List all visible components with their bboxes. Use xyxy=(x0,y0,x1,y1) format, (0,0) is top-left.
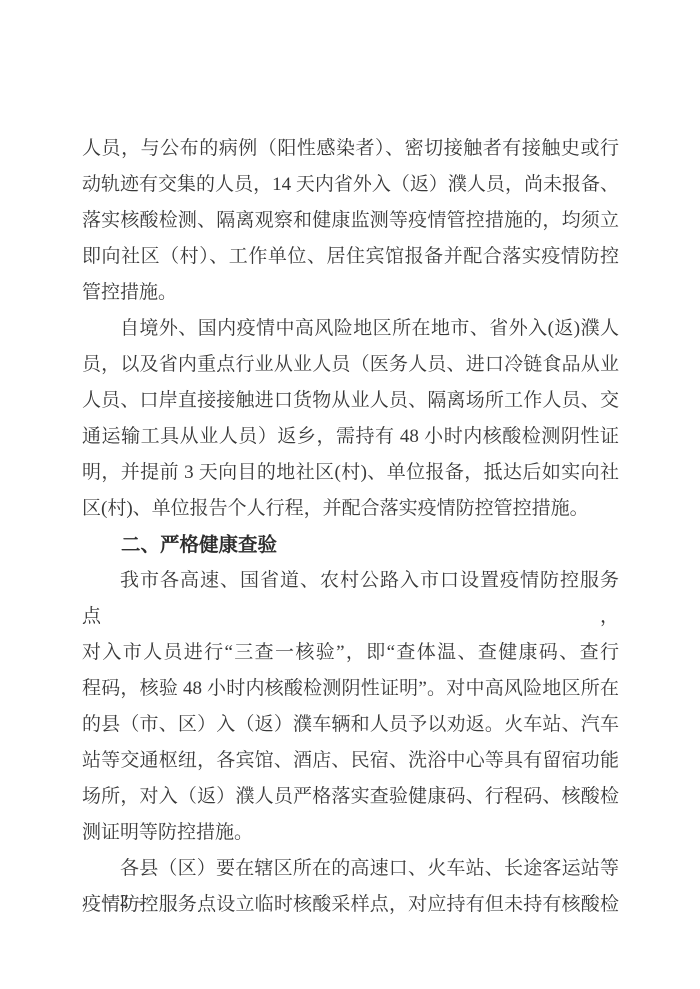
text-line: 我市各高速、国省道、农村公路入市口设置疫情防控服务点， xyxy=(82,563,619,635)
paragraph-continued: 人员，与公布的病例（阳性感染者）、密切接触者有接触史或行 动轨迹有交集的人员，1… xyxy=(82,131,619,311)
document-page: 人员，与公布的病例（阳性感染者）、密切接触者有接触史或行 动轨迹有交集的人员，1… xyxy=(0,0,700,989)
text-line: 站等交通枢纽，各宾馆、酒店、民宿、洗浴中心等具有留宿功能 xyxy=(82,743,619,779)
text-line: 管控措施。 xyxy=(82,275,619,311)
text-line: 自境外、国内疫情中高风险地区所在地市、省外入(返)濮人 xyxy=(82,311,619,347)
text-line: 动轨迹有交集的人员，14 天内省外入（返）濮人员，尚未报备、 xyxy=(82,167,619,203)
text-line: 人员，与公布的病例（阳性感染者）、密切接触者有接触史或行 xyxy=(82,131,619,167)
section-heading: 二、严格健康查验 xyxy=(82,527,619,563)
text-line: 各县（区）要在辖区所在的高速口、火车站、长途客运站等 xyxy=(82,851,619,887)
text-line: 人员、口岸直接接触进口货物从业人员、隔离场所工作人员、交 xyxy=(82,383,619,419)
paragraph: 我市各高速、国省道、农村公路入市口设置疫情防控服务点， 对入市人员进行“三查一核… xyxy=(82,563,619,851)
paragraph: 各县（区）要在辖区所在的高速口、火车站、长途客运站等 疫情防控服务点设立临时核酸… xyxy=(82,851,619,923)
page-number: – 2 – xyxy=(103,891,147,911)
text-line: 的县（市、区）入（返）濮车辆和人员予以劝返。火车站、汽车 xyxy=(82,707,619,743)
text-line: 明，并提前 3 天向目的地社区(村)、单位报备，抵达后如实向社 xyxy=(82,455,619,491)
text-line: 程码，核验 48 小时内核酸检测阴性证明”。对中高风险地区所在 xyxy=(82,671,619,707)
text-line: 通运输工具从业人员）返乡，需持有 48 小时内核酸检测阴性证 xyxy=(82,419,619,455)
text-line: 区(村)、单位报告个人行程，并配合落实疫情防控管控措施。 xyxy=(82,491,619,527)
text-line: 员，以及省内重点行业从业人员（医务人员、进口冷链食品从业 xyxy=(82,347,619,383)
section-heading-text: 二、严格健康查验 xyxy=(82,527,619,563)
text-line: 疫情防控服务点设立临时核酸采样点，对应持有但未持有核酸检 xyxy=(82,887,619,923)
text-line: 场所，对入（返）濮人员严格落实查验健康码、行程码、核酸检 xyxy=(82,779,619,815)
text-line: 测证明等防控措施。 xyxy=(82,815,619,851)
paragraph: 自境外、国内疫情中高风险地区所在地市、省外入(返)濮人 员，以及省内重点行业从业… xyxy=(82,311,619,527)
text-line: 即向社区（村）、工作单位、居住宾馆报备并配合落实疫情防控 xyxy=(82,239,619,275)
document-body: 人员，与公布的病例（阳性感染者）、密切接触者有接触史或行 动轨迹有交集的人员，1… xyxy=(82,131,619,923)
text-line: 落实核酸检测、隔离观察和健康监测等疫情管控措施的，均须立 xyxy=(82,203,619,239)
text-line: 对入市人员进行“三查一核验”，即“查体温、查健康码、查行 xyxy=(82,635,619,671)
